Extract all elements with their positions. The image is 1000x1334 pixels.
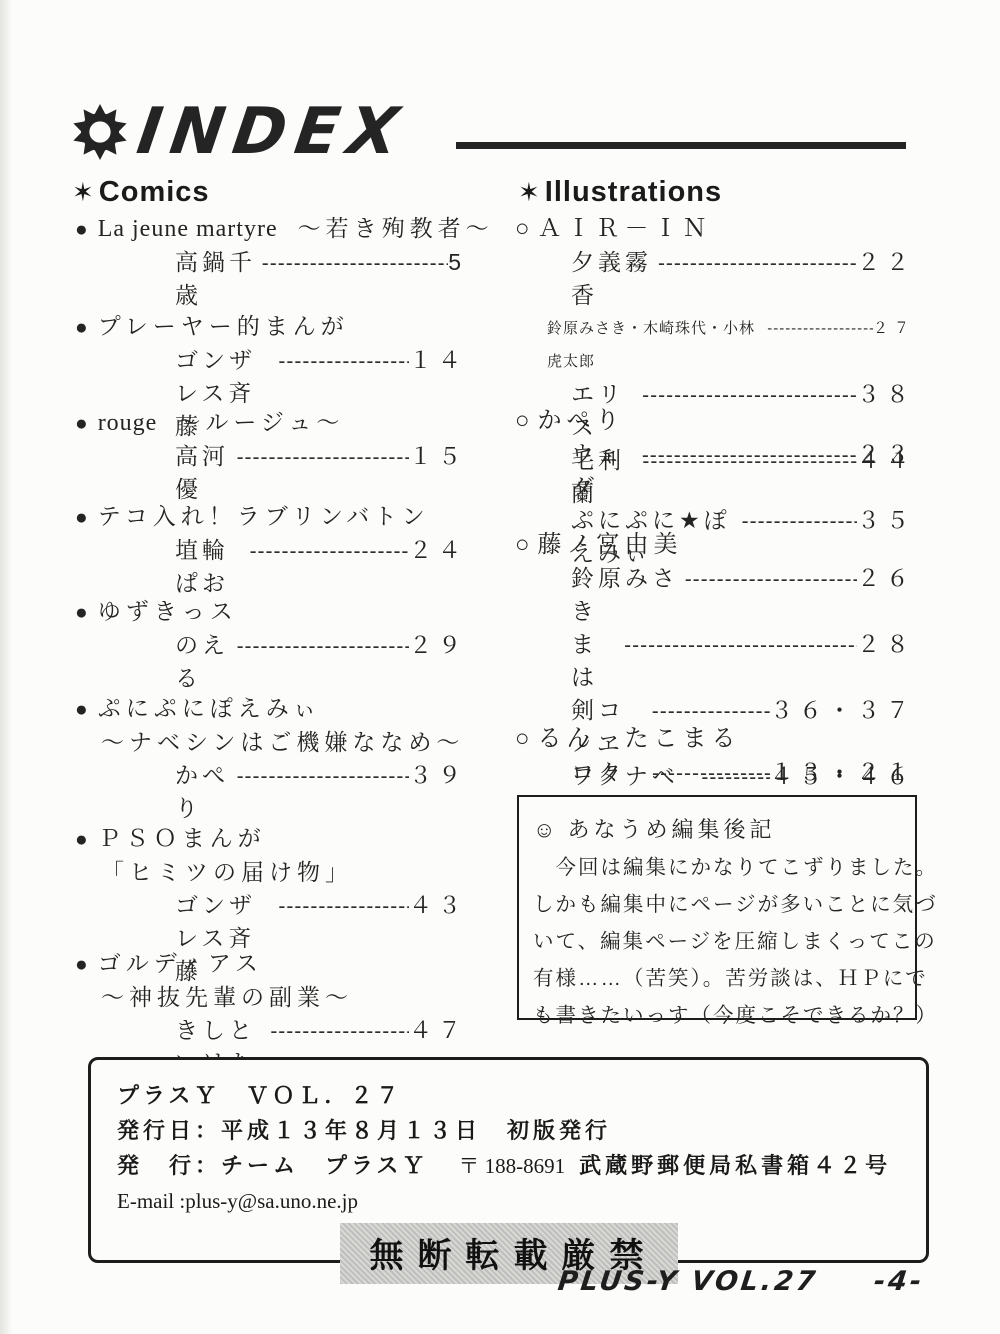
bullet-icon: ●	[75, 948, 88, 981]
note-line: しかも編集中にページが多いことに気づ	[533, 886, 901, 923]
subject-name: まは	[571, 628, 619, 694]
comic-subtitle: ～ナベシンはご機嫌ななめ～	[75, 726, 467, 759]
dot-leader: ------------------------------	[232, 441, 409, 474]
email-address: plus-y@sa.uno.ne.jp	[185, 1184, 358, 1219]
comic-entry: ● La jeune martyre ～若き殉教者～ 高鍋千歳 --------…	[75, 212, 467, 312]
circle-marker-icon: ○	[515, 212, 530, 246]
dot-leader: --------------------------------	[653, 247, 857, 280]
circle-marker-icon: ○	[515, 404, 530, 438]
dot-leader: ------------------------------	[232, 630, 409, 663]
page-footer: PLUS-Y VOL.27 -4-	[556, 1266, 926, 1297]
page-number: ２６	[857, 562, 915, 595]
artist-name: ○ ＡＩＲ－ＩＮ	[515, 212, 915, 246]
illustrations-heading: ✶ Illustrations	[518, 176, 722, 209]
page-number: ３９	[409, 759, 467, 792]
po-box-address: 武蔵野郵便局私書箱４２号	[579, 1148, 891, 1183]
page-number: ２２	[857, 246, 915, 279]
email-line: E-mail : plus-y@sa.uno.ne.jp	[117, 1184, 900, 1219]
comic-author: のえる	[175, 629, 232, 695]
comic-title: ● rouge ～ルージュ～	[75, 406, 467, 440]
artist-name: ○ かぺり	[515, 404, 915, 438]
comic-author: かぺり	[175, 759, 232, 825]
footer-page-number: -4-	[872, 1266, 926, 1297]
dot-leader: --------------------------------	[619, 629, 857, 662]
bullet-icon: ●	[75, 501, 88, 534]
circle-marker-icon: ○	[515, 722, 530, 756]
dot-leader: --------------------	[647, 757, 770, 790]
artist-name: ○ 藤ノ宮由美	[515, 528, 915, 562]
smiley-icon: ☺	[533, 811, 559, 849]
dot-leader: --------------------	[762, 312, 873, 345]
publisher-label: 発 行：チーム プラスＹ	[117, 1148, 428, 1183]
comic-entry: ● ゆずきっス のえる ----------------------------…	[75, 595, 467, 695]
dot-leader: ------------------------------	[245, 535, 409, 568]
dot-leader: --------------------------------	[637, 439, 857, 472]
note-line: いて、編集ページを圧縮しまくってこの	[533, 923, 901, 960]
subject-name: 鈴原みさき	[571, 562, 680, 628]
comic-title: ● ＰＳＯまんが	[75, 822, 467, 856]
comic-title: ● ぷにぷにぽえみぃ	[75, 692, 467, 726]
masthead: INDEX	[72, 95, 407, 169]
page-number: ２４	[409, 534, 467, 567]
circle-marker-icon: ○	[515, 528, 530, 562]
page-number: １５	[409, 440, 467, 473]
page-number: １３・２１	[770, 756, 915, 789]
note-line: も書きたいっす（今度こそできるか？）	[533, 997, 901, 1034]
comic-author-row: 高鍋千歳 ------------------------------ 5	[75, 246, 467, 312]
page-number: １４	[409, 344, 467, 377]
star-icon: ✶	[72, 177, 95, 208]
scan-binding-edge	[0, 0, 14, 1334]
scanned-index-page: INDEX ✶ Comics ✶ Illustrations ● La jeun…	[0, 0, 1000, 1334]
illustration-item: 鈴原みさき・木崎珠代・小林虎太郎 -------------------- ２７	[515, 312, 915, 378]
bullet-icon: ●	[75, 693, 88, 726]
comic-author-row: 埴輪ぱお ------------------------------ ２４	[75, 534, 467, 600]
comic-author-row: かぺり ------------------------------ ３９	[75, 759, 467, 825]
publish-date-line: 発行日：平成１３年８月１３日 初版発行	[117, 1113, 900, 1148]
email-label: E-mail :	[117, 1184, 185, 1219]
bullet-icon: ●	[75, 823, 88, 856]
note-line: 有様……（苦笑）。苦労談は、ＨＰにで	[533, 960, 901, 997]
subject-name: 夕義霧香	[571, 246, 653, 312]
dot-leader: ------------------------------	[265, 1015, 409, 1048]
bullet-icon: ●	[75, 407, 88, 440]
dot-leader: ------------------------------	[257, 247, 448, 280]
star-icon: ✶	[518, 177, 541, 208]
bullet-icon: ●	[75, 213, 88, 246]
comic-subtitle: ～神抜先輩の副業～	[75, 981, 467, 1014]
comic-title: ● テコ入れ！ラブリンバトン	[75, 500, 467, 534]
subject-name: ウェダ	[571, 438, 637, 504]
sun-icon	[72, 104, 128, 160]
note-line: 今回は編集にかなりてこずりました。	[533, 849, 901, 886]
illustration-item: 夕義霧香 -------------------------------- ２２	[515, 246, 915, 312]
comic-author: 高鍋千歳	[175, 246, 257, 312]
header-rule	[456, 142, 906, 149]
postal-code: 〒 188-8691	[458, 1149, 565, 1184]
illustrations-heading-label: Illustrations	[545, 176, 722, 209]
page-number: 5	[448, 246, 467, 279]
page-number: ２８	[857, 628, 915, 661]
page-number: ２９	[409, 629, 467, 662]
comic-author: 高河優	[175, 440, 232, 506]
footer-brand: PLUS-Y VOL.27	[556, 1266, 820, 1297]
comic-author: 埴輪ぱお	[175, 534, 245, 600]
editors-note-title: ☺ あなうめ編集後記	[533, 811, 901, 849]
dot-leader: --------------------------	[680, 563, 857, 596]
illustration-item: ウェダ -------------------------------- ２３	[515, 438, 915, 504]
bullet-icon: ●	[75, 311, 88, 344]
bullet-icon: ●	[75, 596, 88, 629]
illustration-item: 鈴原みさき -------------------------- ２６	[515, 562, 915, 628]
comics-heading-label: Comics	[99, 176, 210, 209]
comics-heading: ✶ Comics	[72, 176, 210, 209]
page-title: INDEX	[133, 95, 412, 169]
page-number: ２３	[857, 438, 915, 471]
comic-title: ● ゆずきっス	[75, 595, 467, 629]
dot-leader: ------------------------------	[273, 345, 409, 378]
comic-title: ● プレーヤー的まんが	[75, 310, 467, 344]
colophon-box: プラスＹ ＶＯＬ．２７ 発行日：平成１３年８月１３日 初版発行 発 行：チーム …	[88, 1057, 929, 1263]
editors-note-box: ☺ あなうめ編集後記 今回は編集にかなりてこずりました。 しかも編集中にページが…	[517, 795, 917, 1020]
subject-name: 鈴原みさき・木崎珠代・小林虎太郎	[547, 312, 762, 378]
dot-leader: ------------------------------	[273, 890, 409, 923]
colophon-title: プラスＹ ＶＯＬ．２７	[117, 1078, 900, 1113]
comic-entry: ● ぷにぷにぽえみぃ ～ナベシンはご機嫌ななめ～ かぺり -----------…	[75, 692, 467, 825]
comic-author-row: のえる ------------------------------ ２９	[75, 629, 467, 695]
publisher-line: 発 行：チーム プラスＹ 〒 188-8691 武蔵野郵便局私書箱４２号	[117, 1148, 900, 1184]
comic-entry: ● テコ入れ！ラブリンバトン 埴輪ぱお --------------------…	[75, 500, 467, 600]
dot-leader: ------------------------------	[232, 760, 409, 793]
comic-entry: ● rouge ～ルージュ～ 高河優 ---------------------…	[75, 406, 467, 506]
artist-name: ○ るん たこまる	[515, 722, 915, 756]
comic-subtitle: 「ヒミツの届け物」	[75, 856, 467, 889]
comic-title: ● ゴルディアス	[75, 947, 467, 981]
illustration-item: まは -------------------------------- ２８	[515, 628, 915, 694]
page-number: ４３	[409, 889, 467, 922]
page-number: ４７	[409, 1014, 467, 1047]
comic-title: ● La jeune martyre ～若き殉教者～	[75, 212, 467, 246]
comic-author-row: 高河優 ------------------------------ １５	[75, 440, 467, 506]
page-number: ２７	[873, 312, 915, 345]
